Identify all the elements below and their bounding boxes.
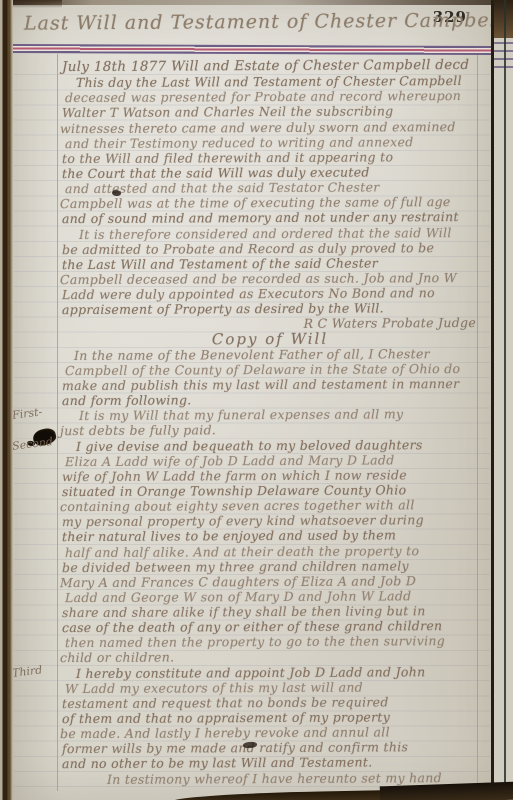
book-top-edge (0, 0, 513, 5)
page-title: Last Will and Testament of Chester Campb… (24, 9, 488, 44)
manuscript-line: I give devise and bequeath to my beloved… (62, 436, 478, 453)
manuscript-line: witnesses thereto came and were duly swo… (60, 118, 478, 135)
record-book-scan: 329 Last Will and Testament of Chester C… (0, 0, 513, 800)
ink-smudge (112, 190, 121, 196)
manuscript-line: their natural lives to be enjoyed and us… (62, 527, 478, 544)
book-binding-edge (0, 0, 13, 800)
manuscript-line: and no other to be my last Will and Test… (62, 754, 478, 771)
manuscript-line: It is therefore considered and ordered t… (65, 224, 478, 241)
left-margin-rule (57, 54, 58, 791)
next-page-edge (491, 0, 513, 800)
manuscript-line: child or children. (60, 648, 478, 665)
manuscript-line: and of sound mind and memory and not und… (62, 209, 478, 226)
page: 329 Last Will and Testament of Chester C… (0, 0, 513, 800)
header-double-rule (13, 44, 491, 55)
manuscript-line: just debts be fully paid. (60, 421, 478, 438)
manuscript-line: half and half alike. And at their death … (65, 542, 478, 559)
next-page-edge-line (504, 0, 506, 800)
manuscript-line: Copy of Will (62, 330, 478, 347)
manuscript-line: Walter T Watson and Charles Neil the sub… (62, 103, 478, 120)
manuscript-body: July 18th 1877 Will and Estate of Cheste… (62, 59, 478, 786)
